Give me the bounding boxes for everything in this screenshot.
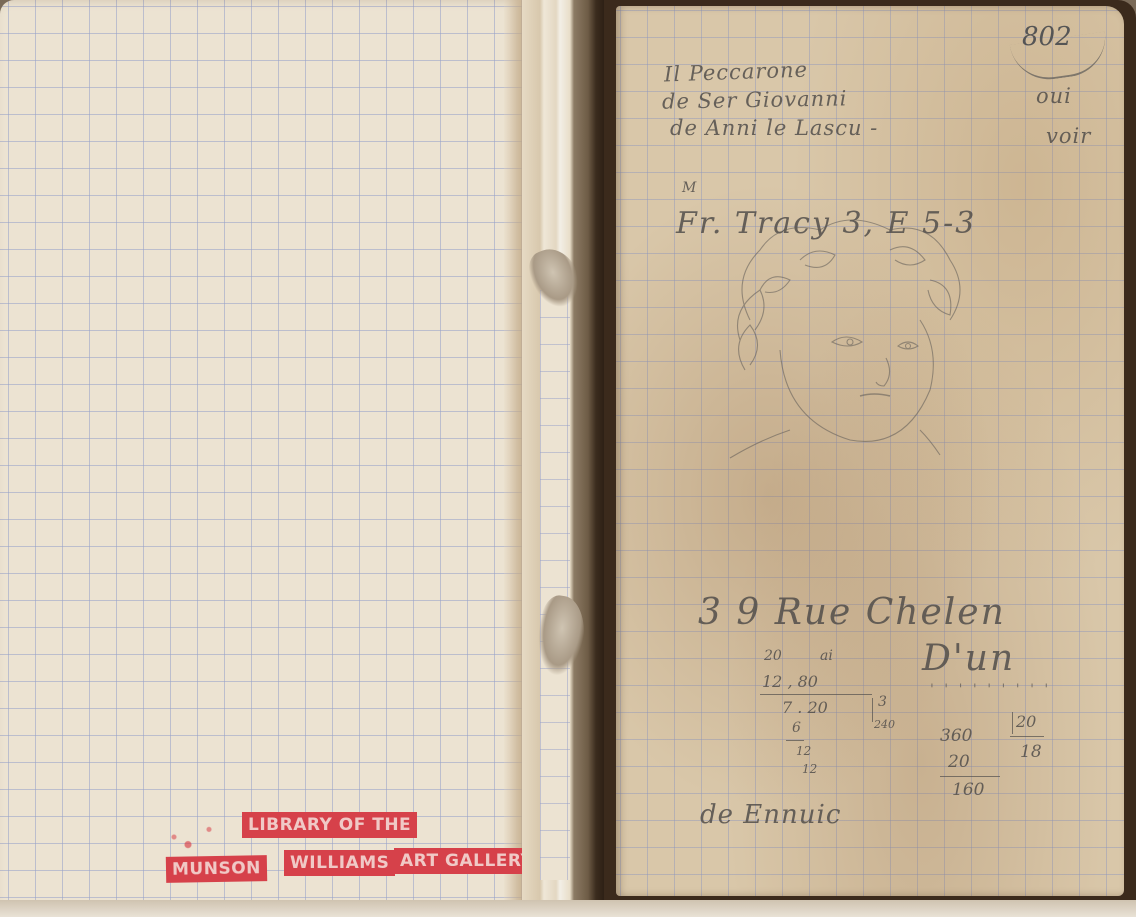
calc-value: 360 — [940, 726, 972, 746]
address-line-2: D'un — [922, 638, 1015, 679]
calc-rule — [1012, 712, 1013, 734]
calc-value: 160 — [952, 780, 984, 800]
calc-rule — [940, 776, 1000, 777]
calc-rule — [786, 740, 804, 741]
calc-value: 6 — [792, 720, 801, 736]
stamp-ink-splatter — [160, 818, 230, 856]
calc-value: 12 , 80 — [762, 672, 818, 691]
calc-value: 3 — [878, 694, 887, 710]
calc-rule — [1010, 736, 1044, 737]
stamp-line-1: LIBRARY OF THE — [242, 812, 417, 838]
calc-value: 12 — [802, 762, 817, 776]
calc-value: 7 . 20 — [782, 698, 828, 717]
heading-line-2: de Ser Giovanni — [662, 86, 848, 113]
calc-rule — [760, 694, 872, 695]
calc-value: 18 — [1020, 742, 1042, 762]
torn-page-stub — [540, 290, 570, 880]
side-note-oui: oui — [1036, 84, 1072, 108]
name-superscript: M — [682, 180, 696, 196]
pencil-portrait-sketch — [710, 200, 1010, 460]
heading-line-1: Il Peccarone — [664, 57, 809, 86]
page-edge-shadow — [504, 0, 522, 917]
stamp-line-2-part-2: WILLIAMS — [284, 850, 395, 876]
dotted-marks: ' ' ' ' ' ' ' ' ' — [930, 682, 1051, 698]
calc-value: 240 — [874, 718, 895, 731]
calc-value: 12 — [796, 744, 811, 758]
calc-rule — [872, 698, 873, 722]
calc-value: 20 — [764, 648, 782, 664]
address-line-1: 3 9 Rue Chelen — [698, 592, 1006, 633]
calc-value: 20 — [1016, 712, 1036, 731]
left-page — [0, 0, 522, 917]
stamp-line-2-part-3: ART GALLERY — [394, 848, 539, 874]
calc-value: ai — [820, 648, 833, 664]
heading-line-3: de Anni le Lascu - — [670, 116, 878, 140]
calc-value: 20 — [948, 752, 970, 772]
notebook-photo: LIBRARY OF THE MUNSON WILLIAMS ART GALLE… — [0, 0, 1136, 917]
signature: de Ennuic — [700, 800, 841, 830]
side-note-voir: voir — [1046, 124, 1091, 148]
stamp-line-2-part-1: MUNSON — [166, 855, 267, 883]
table-surface — [0, 900, 1136, 917]
